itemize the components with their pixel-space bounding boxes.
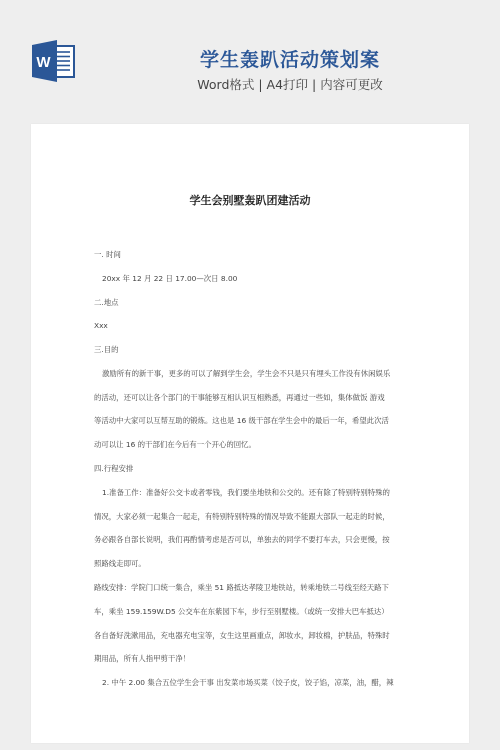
document-page: 学生会别墅轰趴团建活动 一. 时间20xx 年 12 月 22 日 17.00—…: [31, 124, 469, 743]
document-line: 四.行程安排: [94, 464, 414, 474]
document-line: 各自备好洗漱用品，充电器充电宝等，女生这里画重点，卸妆水，卸妆棉，护肤品，特殊时: [94, 631, 414, 641]
document-line: 期用品，所有人指甲剪干净！: [94, 654, 414, 664]
document-line: 的活动，还可以让各个部门的干事能够互相认识互相熟悉，再通过一些如，集体做饭 游戏: [94, 393, 414, 403]
document-line: 动可以让 16 的干部们在今后有一个开心的回忆。: [94, 440, 414, 450]
document-line: 情况，大家必须一起集合一起走，有特别特别特殊的情况导致不能跟大部队一起走的时候，: [94, 512, 414, 522]
word-icon: W: [32, 40, 76, 82]
document-line: 三.目的: [94, 345, 414, 355]
document-line: 20xx 年 12 月 22 日 17.00—次日 8.00: [102, 274, 422, 284]
document-line: 1.准备工作：准备好公交卡或者零钱，我们要坐地铁和公交的。还有除了特别特别特殊的: [102, 488, 422, 498]
document-line: 务必跟各自部长说明，我们再酌情考虑是否可以，单独去的同学不要打车去，只会更慢，按: [94, 535, 414, 545]
header-subtitle: Word格式 | A4打印 | 内容可更改: [140, 75, 440, 93]
document-line: 2. 中午 2.00 集合五位学生会干事 出发菜市场买菜（饺子皮，饺子馅，凉菜，…: [102, 678, 422, 688]
document-line: 一. 时间: [94, 250, 414, 260]
header-title: 学生轰趴活动策划案: [140, 45, 440, 72]
document-title: 学生会别墅轰趴团建活动: [31, 192, 469, 208]
document-line: 车，乘坐 159.159W.D5 公交车在东紫园下车，步行至别墅楼。（或统一安排…: [94, 607, 414, 617]
document-line: Xxx: [94, 321, 414, 331]
document-line: 等活动中大家可以互帮互助的锻炼。这也是 16 级干部在学生会中的最后一年，希望此…: [94, 416, 414, 426]
document-line: 激励所有的新干事，更多的可以了解到学生会，学生会不只是只有埋头工作没有休闲娱乐: [102, 369, 422, 379]
svg-text:W: W: [36, 54, 51, 71]
document-line: 路线安排：学院门口统一集合，乘坐 51 路抵达孝陵卫地铁站，转乘地铁二号线至经天…: [94, 583, 414, 593]
header: W 学生轰趴活动策划案 Word格式 | A4打印 | 内容可更改: [0, 0, 500, 124]
document-line: 照路线走即可。: [94, 559, 414, 569]
document-line: 二.地点: [94, 298, 414, 308]
